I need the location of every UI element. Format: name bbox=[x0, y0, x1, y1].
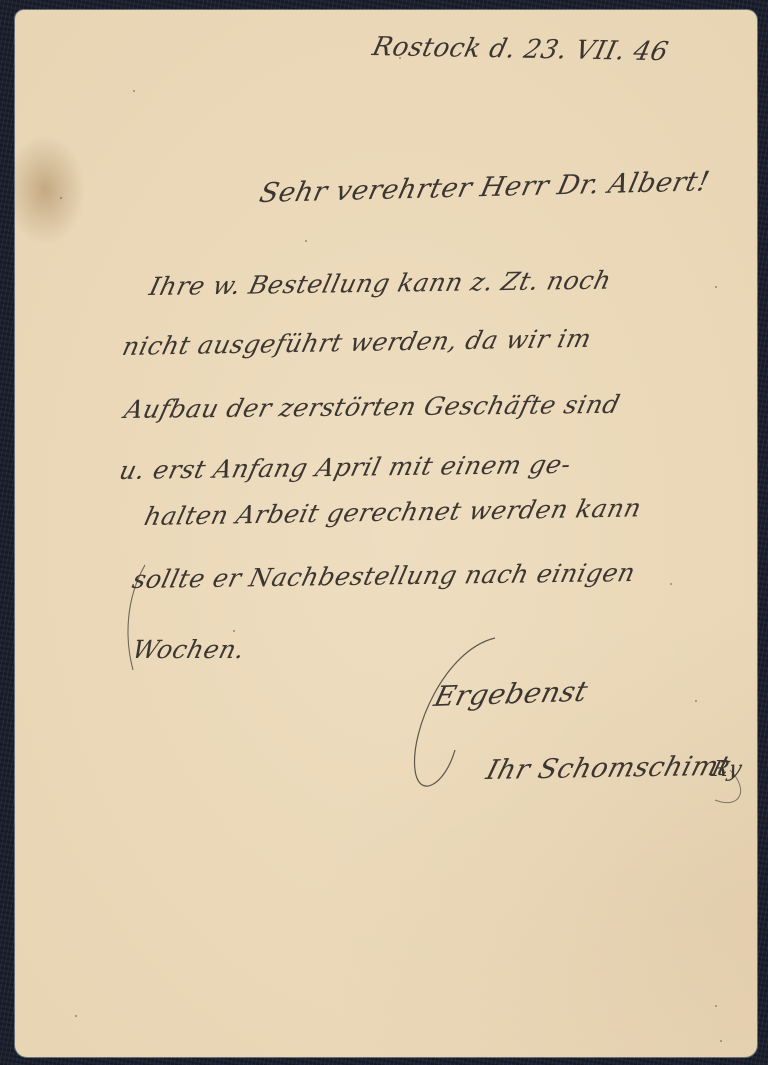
paper-speck bbox=[305, 240, 307, 242]
closing-line: Ergebenst bbox=[431, 675, 592, 713]
signature: Ihr Schomschimt bbox=[483, 751, 734, 786]
paper-speck bbox=[233, 630, 235, 632]
paper-speck bbox=[720, 1040, 722, 1042]
paper-speck bbox=[695, 700, 697, 702]
paper-speck bbox=[670, 583, 672, 585]
paper-speck bbox=[75, 1015, 77, 1017]
body-line-1: Ihre w. Bestellung kann z. Zt. noch bbox=[147, 266, 615, 301]
body-line-3: Aufbau der zerstörten Geschäfte sind bbox=[122, 390, 624, 424]
body-line-7: Wochen. bbox=[129, 635, 248, 664]
body-line-4: u. erst Anfang April mit einem ge- bbox=[117, 450, 575, 485]
signature-initials: Ry bbox=[709, 757, 745, 782]
paper-speck bbox=[715, 1005, 717, 1007]
paper-speck bbox=[715, 286, 717, 288]
paper-speck bbox=[60, 197, 62, 199]
date-line: Rostock d. 23. VII. 46 bbox=[370, 32, 672, 67]
paper-speck bbox=[133, 90, 135, 92]
body-line-5: halten Arbeit gerechnet werden kann bbox=[142, 493, 645, 531]
body-line-2: nicht ausgeführt werden, da wir im bbox=[120, 324, 595, 361]
postcard: Rostock d. 23. VII. 46 Sehr verehrter He… bbox=[15, 10, 757, 1057]
body-line-6: sollte er Nachbestellung nach einigen bbox=[130, 558, 639, 594]
salutation: Sehr verehrter Herr Dr. Albert! bbox=[257, 166, 713, 209]
